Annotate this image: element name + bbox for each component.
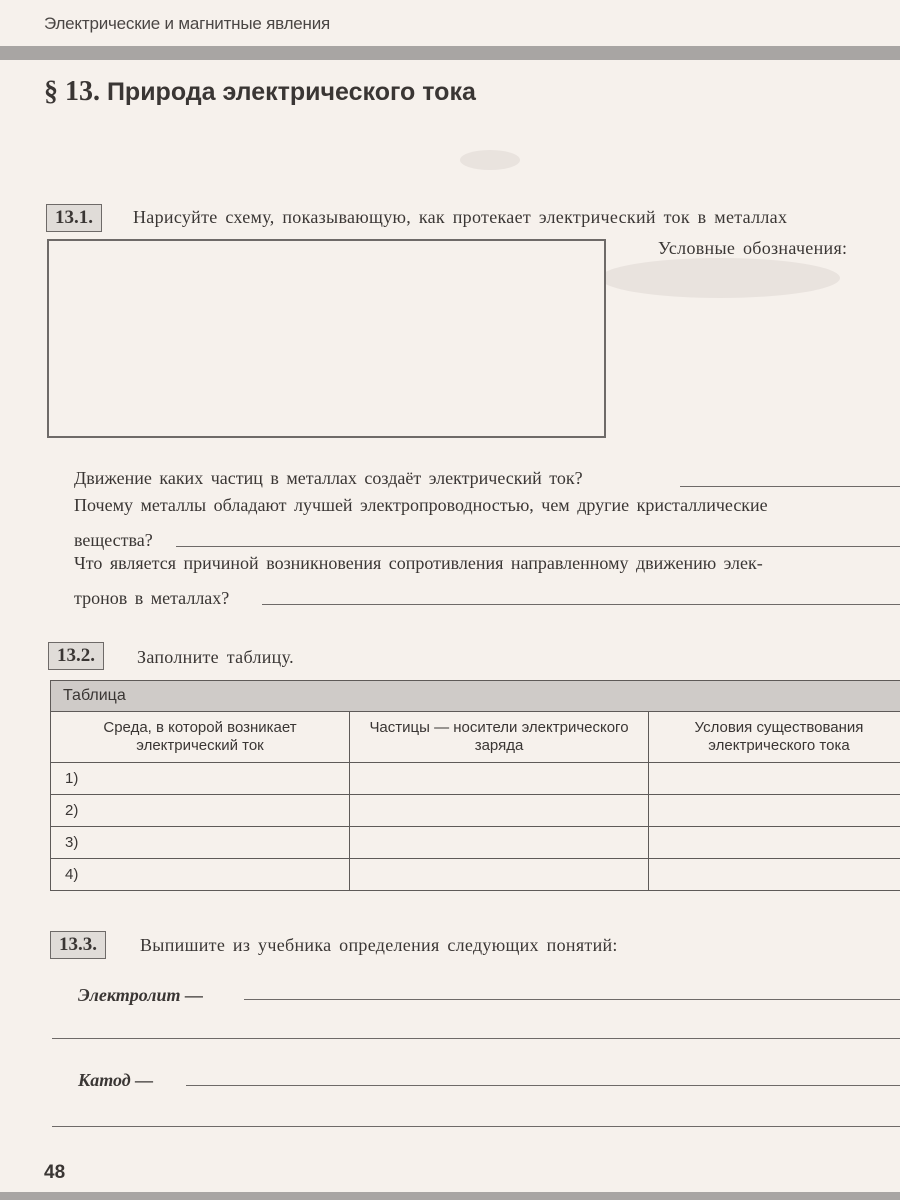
table-cell[interactable]: 4) bbox=[51, 859, 350, 891]
table-caption: Таблица bbox=[51, 681, 900, 712]
table-cell[interactable]: 1) bbox=[51, 763, 350, 795]
table-cell[interactable] bbox=[649, 827, 900, 859]
table-cell[interactable] bbox=[350, 795, 649, 827]
table-cell[interactable] bbox=[350, 859, 649, 891]
col-header-conditions: Условия существования электрического ток… bbox=[649, 712, 900, 763]
legend-label: Условные обозначения: bbox=[658, 238, 847, 259]
answer-line-cathode-2[interactable] bbox=[52, 1126, 900, 1127]
term-cathode: Катод — bbox=[78, 1070, 153, 1091]
running-head: Электрические и магнитные явления bbox=[44, 14, 330, 34]
answer-line-cathode[interactable] bbox=[186, 1085, 900, 1086]
task-13-1-instruction: Нарисуйте схему, показывающую, как проте… bbox=[133, 207, 787, 228]
task-13-2-instruction: Заполните таблицу. bbox=[137, 647, 294, 668]
drawing-area[interactable] bbox=[47, 239, 606, 438]
table-cell[interactable] bbox=[350, 763, 649, 795]
col-header-carriers: Частицы — носители электрического заряда bbox=[350, 712, 649, 763]
term-electrolyte: Электролит — bbox=[78, 985, 203, 1006]
table-cell[interactable] bbox=[649, 763, 900, 795]
footer-band bbox=[0, 1192, 900, 1200]
table-cell[interactable] bbox=[350, 827, 649, 859]
answer-line-q3[interactable] bbox=[262, 604, 900, 605]
section-number: § 13. bbox=[44, 76, 100, 107]
section-title-text: Природа электрического тока bbox=[107, 78, 476, 106]
question-2-cont: вещества? bbox=[74, 530, 153, 551]
col-header-medium: Среда, в которой возникает электрический… bbox=[51, 712, 350, 763]
fill-table: Таблица Среда, в которой возникает элект… bbox=[50, 680, 900, 891]
table-row: 2) bbox=[51, 795, 900, 827]
table-row: 4) bbox=[51, 859, 900, 891]
task-badge-13-2: 13.2. bbox=[48, 642, 104, 670]
task-13-3-instruction: Выпишите из учебника определения следующ… bbox=[140, 935, 618, 956]
question-1: Движение каких частиц в металлах создаёт… bbox=[74, 468, 583, 489]
question-3-cont: тронов в металлах? bbox=[74, 588, 229, 609]
page-number: 48 bbox=[44, 1162, 65, 1184]
table-cell[interactable]: 2) bbox=[51, 795, 350, 827]
question-2: Почему металлы обладают лучшей электропр… bbox=[74, 495, 768, 516]
question-3: Что является причиной возникновения сопр… bbox=[74, 553, 763, 574]
smudge bbox=[460, 150, 520, 170]
header-band bbox=[0, 46, 900, 60]
table-row: 3) bbox=[51, 827, 900, 859]
section-title: § 13. Природа электрического тока bbox=[44, 76, 476, 108]
answer-line-electrolyte-2[interactable] bbox=[52, 1038, 900, 1039]
table-cell[interactable] bbox=[649, 795, 900, 827]
answer-line-q1[interactable] bbox=[680, 486, 900, 487]
table-cell[interactable] bbox=[649, 859, 900, 891]
smudge bbox=[600, 258, 840, 298]
task-badge-13-1: 13.1. bbox=[46, 204, 102, 232]
answer-line-q2[interactable] bbox=[176, 546, 900, 547]
table-cell[interactable]: 3) bbox=[51, 827, 350, 859]
table-row: 1) bbox=[51, 763, 900, 795]
answer-line-electrolyte[interactable] bbox=[244, 999, 900, 1000]
task-badge-13-3: 13.3. bbox=[50, 931, 106, 959]
